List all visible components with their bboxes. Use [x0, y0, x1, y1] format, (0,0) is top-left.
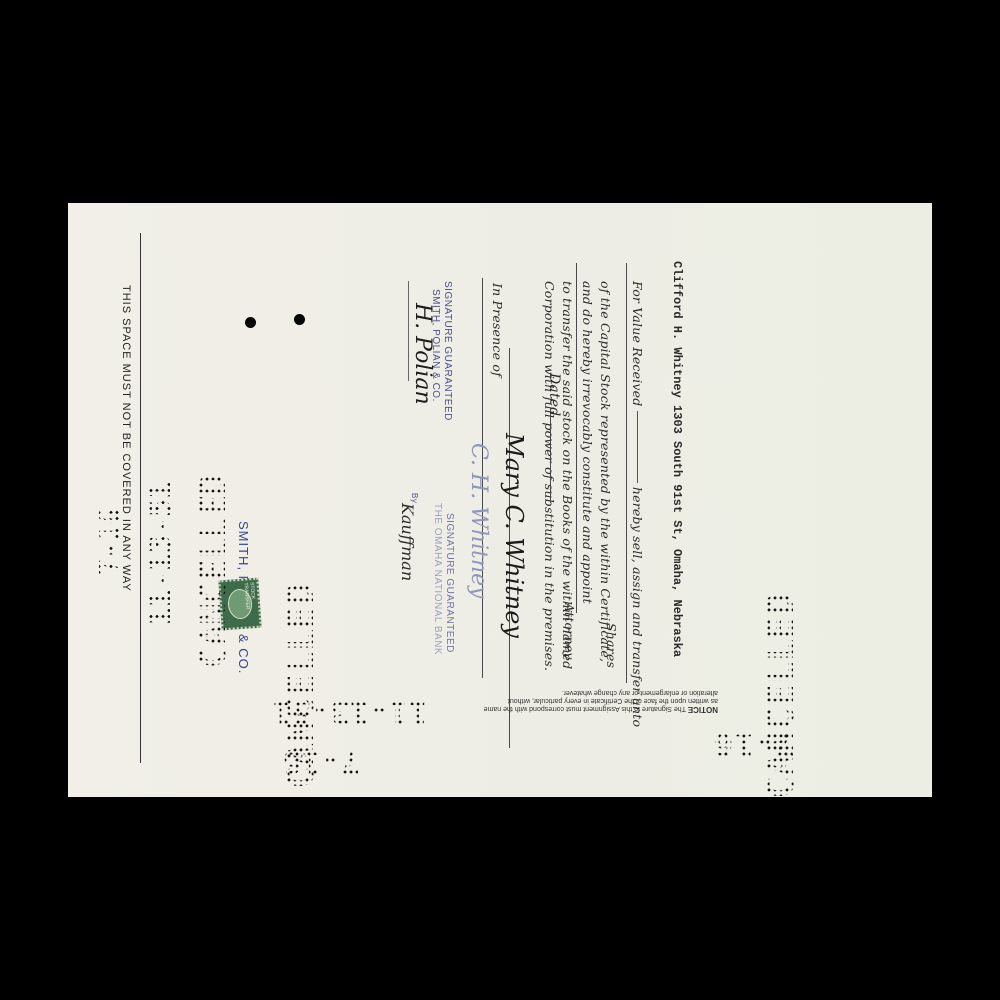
stamp-2-signature: Kauffman — [398, 503, 417, 581]
notice-text: NOTICE The Signature to this Assignment … — [478, 688, 718, 713]
dated-label: Dated — [546, 373, 562, 416]
margin-note: THIS SPACE MUST NOT BE COVERED IN ANY WA… — [120, 285, 132, 592]
stamp-bank-name: THE OMAHA NATIONAL BANK — [432, 503, 443, 655]
perforation-cancelled-left: CANCELLED — [193, 473, 234, 668]
assignee-typed: Clifford H. Whitney 1303 South 91st St, … — [670, 261, 684, 657]
margin-rule — [140, 233, 141, 763]
dated-line — [550, 413, 551, 503]
perforation-number-right: 7-16 — [713, 723, 795, 763]
punch-hole — [245, 317, 256, 328]
in-presence-label: In Presence of — [490, 283, 505, 377]
capital-stock-text: of the Capital Stock represented by the … — [598, 281, 613, 662]
for-value-received-text: For Value Received hereby sell, assign a… — [630, 281, 645, 727]
witness-signature: C. H. Whitney — [466, 443, 491, 598]
perforation-date-center: 11-13-51 — [273, 693, 427, 731]
perforation-date-left: 11-13-51 — [143, 481, 178, 626]
owner-signature: Mary C. Whitney — [500, 433, 528, 638]
perforation-cancelled-right: CANCELLED — [758, 593, 802, 797]
signature-guaranteed-stamp-1: SIGNATURE GUARANTEED — [442, 281, 453, 421]
rule-line — [576, 263, 577, 613]
transfer-text: to transfer the said stock on the Books … — [560, 281, 575, 669]
perforation-number-center: 7-16 — [283, 743, 360, 781]
rule-line — [626, 263, 627, 683]
certificate-paper: For Value Received hereby sell, assign a… — [68, 203, 932, 797]
irrevocably-text: and do hereby irrevocably constitute and… — [580, 281, 595, 604]
signature-guaranteed-stamp-2: SIGNATURE GUARANTEED — [444, 513, 455, 653]
punch-hole — [294, 314, 305, 325]
stamp-signature-line — [408, 281, 409, 381]
stamp-by-label: By — [410, 493, 419, 503]
stamp-1-signature: H. Polian — [410, 303, 435, 405]
